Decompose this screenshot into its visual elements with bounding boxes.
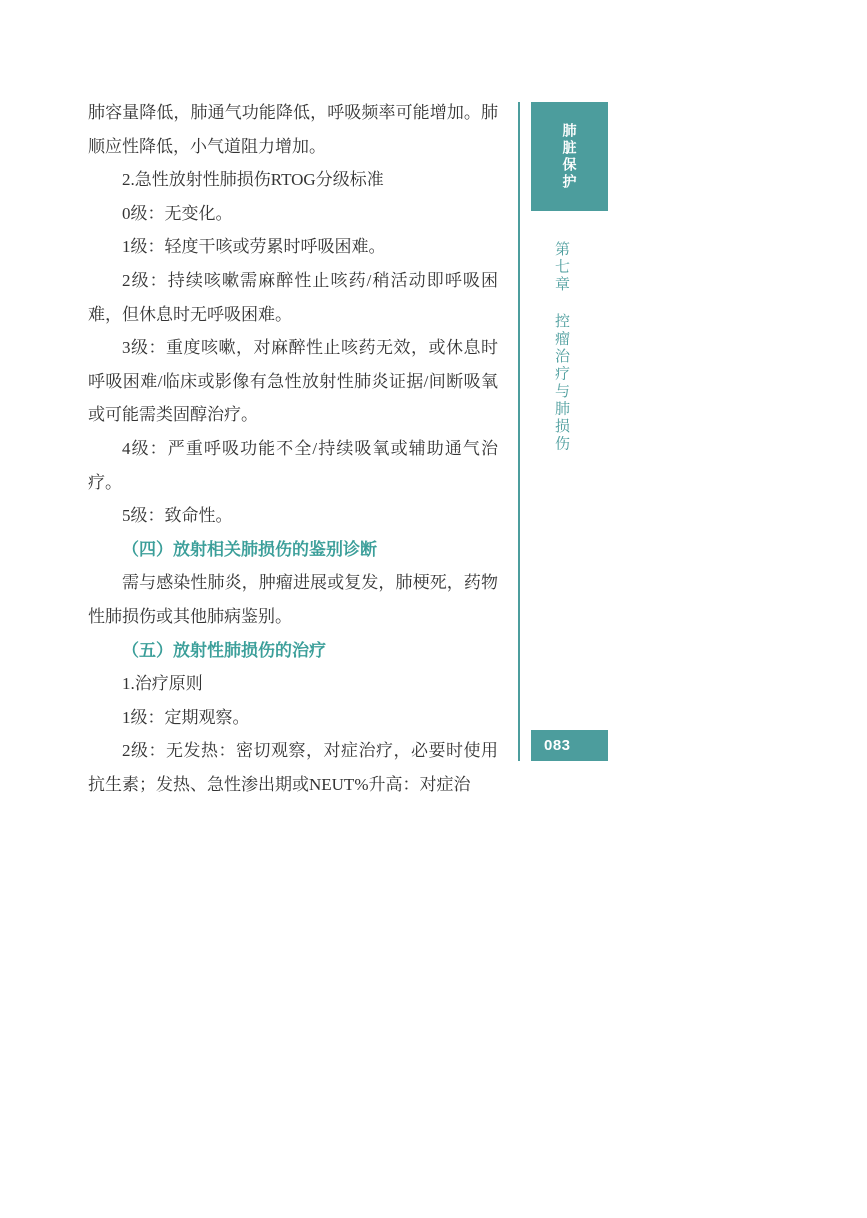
paragraph: 2级：无发热：密切观察，对症治疗，必要时使用抗生素；发热、急性渗出期或NEUT%… xyxy=(88,734,498,801)
chapter-title-vertical: 第七章 控瘤治疗与肺损伤 xyxy=(553,241,570,453)
paragraph: 3级：重度咳嗽，对麻醉性止咳药无效，或休息时呼吸困难/临床或影像有急性放射性肺炎… xyxy=(88,331,498,432)
sidebar-divider-rule xyxy=(518,102,520,761)
paragraph: 5级：致命性。 xyxy=(88,499,498,533)
paragraph: 2级：持续咳嗽需麻醉性止咳药/稍活动即呼吸困难，但休息时无呼吸困难。 xyxy=(88,264,498,331)
section-heading: （五）放射性肺损伤的治疗 xyxy=(88,634,498,668)
chapter-title-label: 控瘤治疗与肺损伤 xyxy=(553,313,570,453)
chapter-number-label: 第七章 xyxy=(553,241,570,294)
page-number-badge: 083 xyxy=(531,730,608,761)
text-column: 肺容量降低，肺通气功能降低，呼吸频率可能增加。肺顺应性降低，小气道阻力增加。2.… xyxy=(88,96,498,801)
paragraph: 1.治疗原则 xyxy=(88,667,498,701)
book-page: 肺容量降低，肺通气功能降低，呼吸频率可能增加。肺顺应性降低，小气道阻力增加。2.… xyxy=(0,0,867,1218)
paragraph: 1级：定期观察。 xyxy=(88,701,498,735)
paragraph: 需与感染性肺炎，肿瘤进展或复发，肺梗死，药物性肺损伤或其他肺病鉴别。 xyxy=(88,566,498,633)
paragraph: 肺容量降低，肺通气功能降低，呼吸频率可能增加。肺顺应性降低，小气道阻力增加。 xyxy=(88,96,498,163)
page-number: 083 xyxy=(544,737,571,754)
section-tab-label: 肺脏保护 xyxy=(560,123,580,191)
paragraph: 2.急性放射性肺损伤RTOG分级标准 xyxy=(88,163,498,197)
paragraph: 0级：无变化。 xyxy=(88,197,498,231)
section-heading: （四）放射相关肺损伤的鉴别诊断 xyxy=(88,533,498,567)
paragraph: 4级：严重呼吸功能不全/持续吸氧或辅助通气治疗。 xyxy=(88,432,498,499)
section-tab: 肺脏保护 xyxy=(531,102,608,211)
paragraph: 1级：轻度干咳或劳累时呼吸困难。 xyxy=(88,230,498,264)
